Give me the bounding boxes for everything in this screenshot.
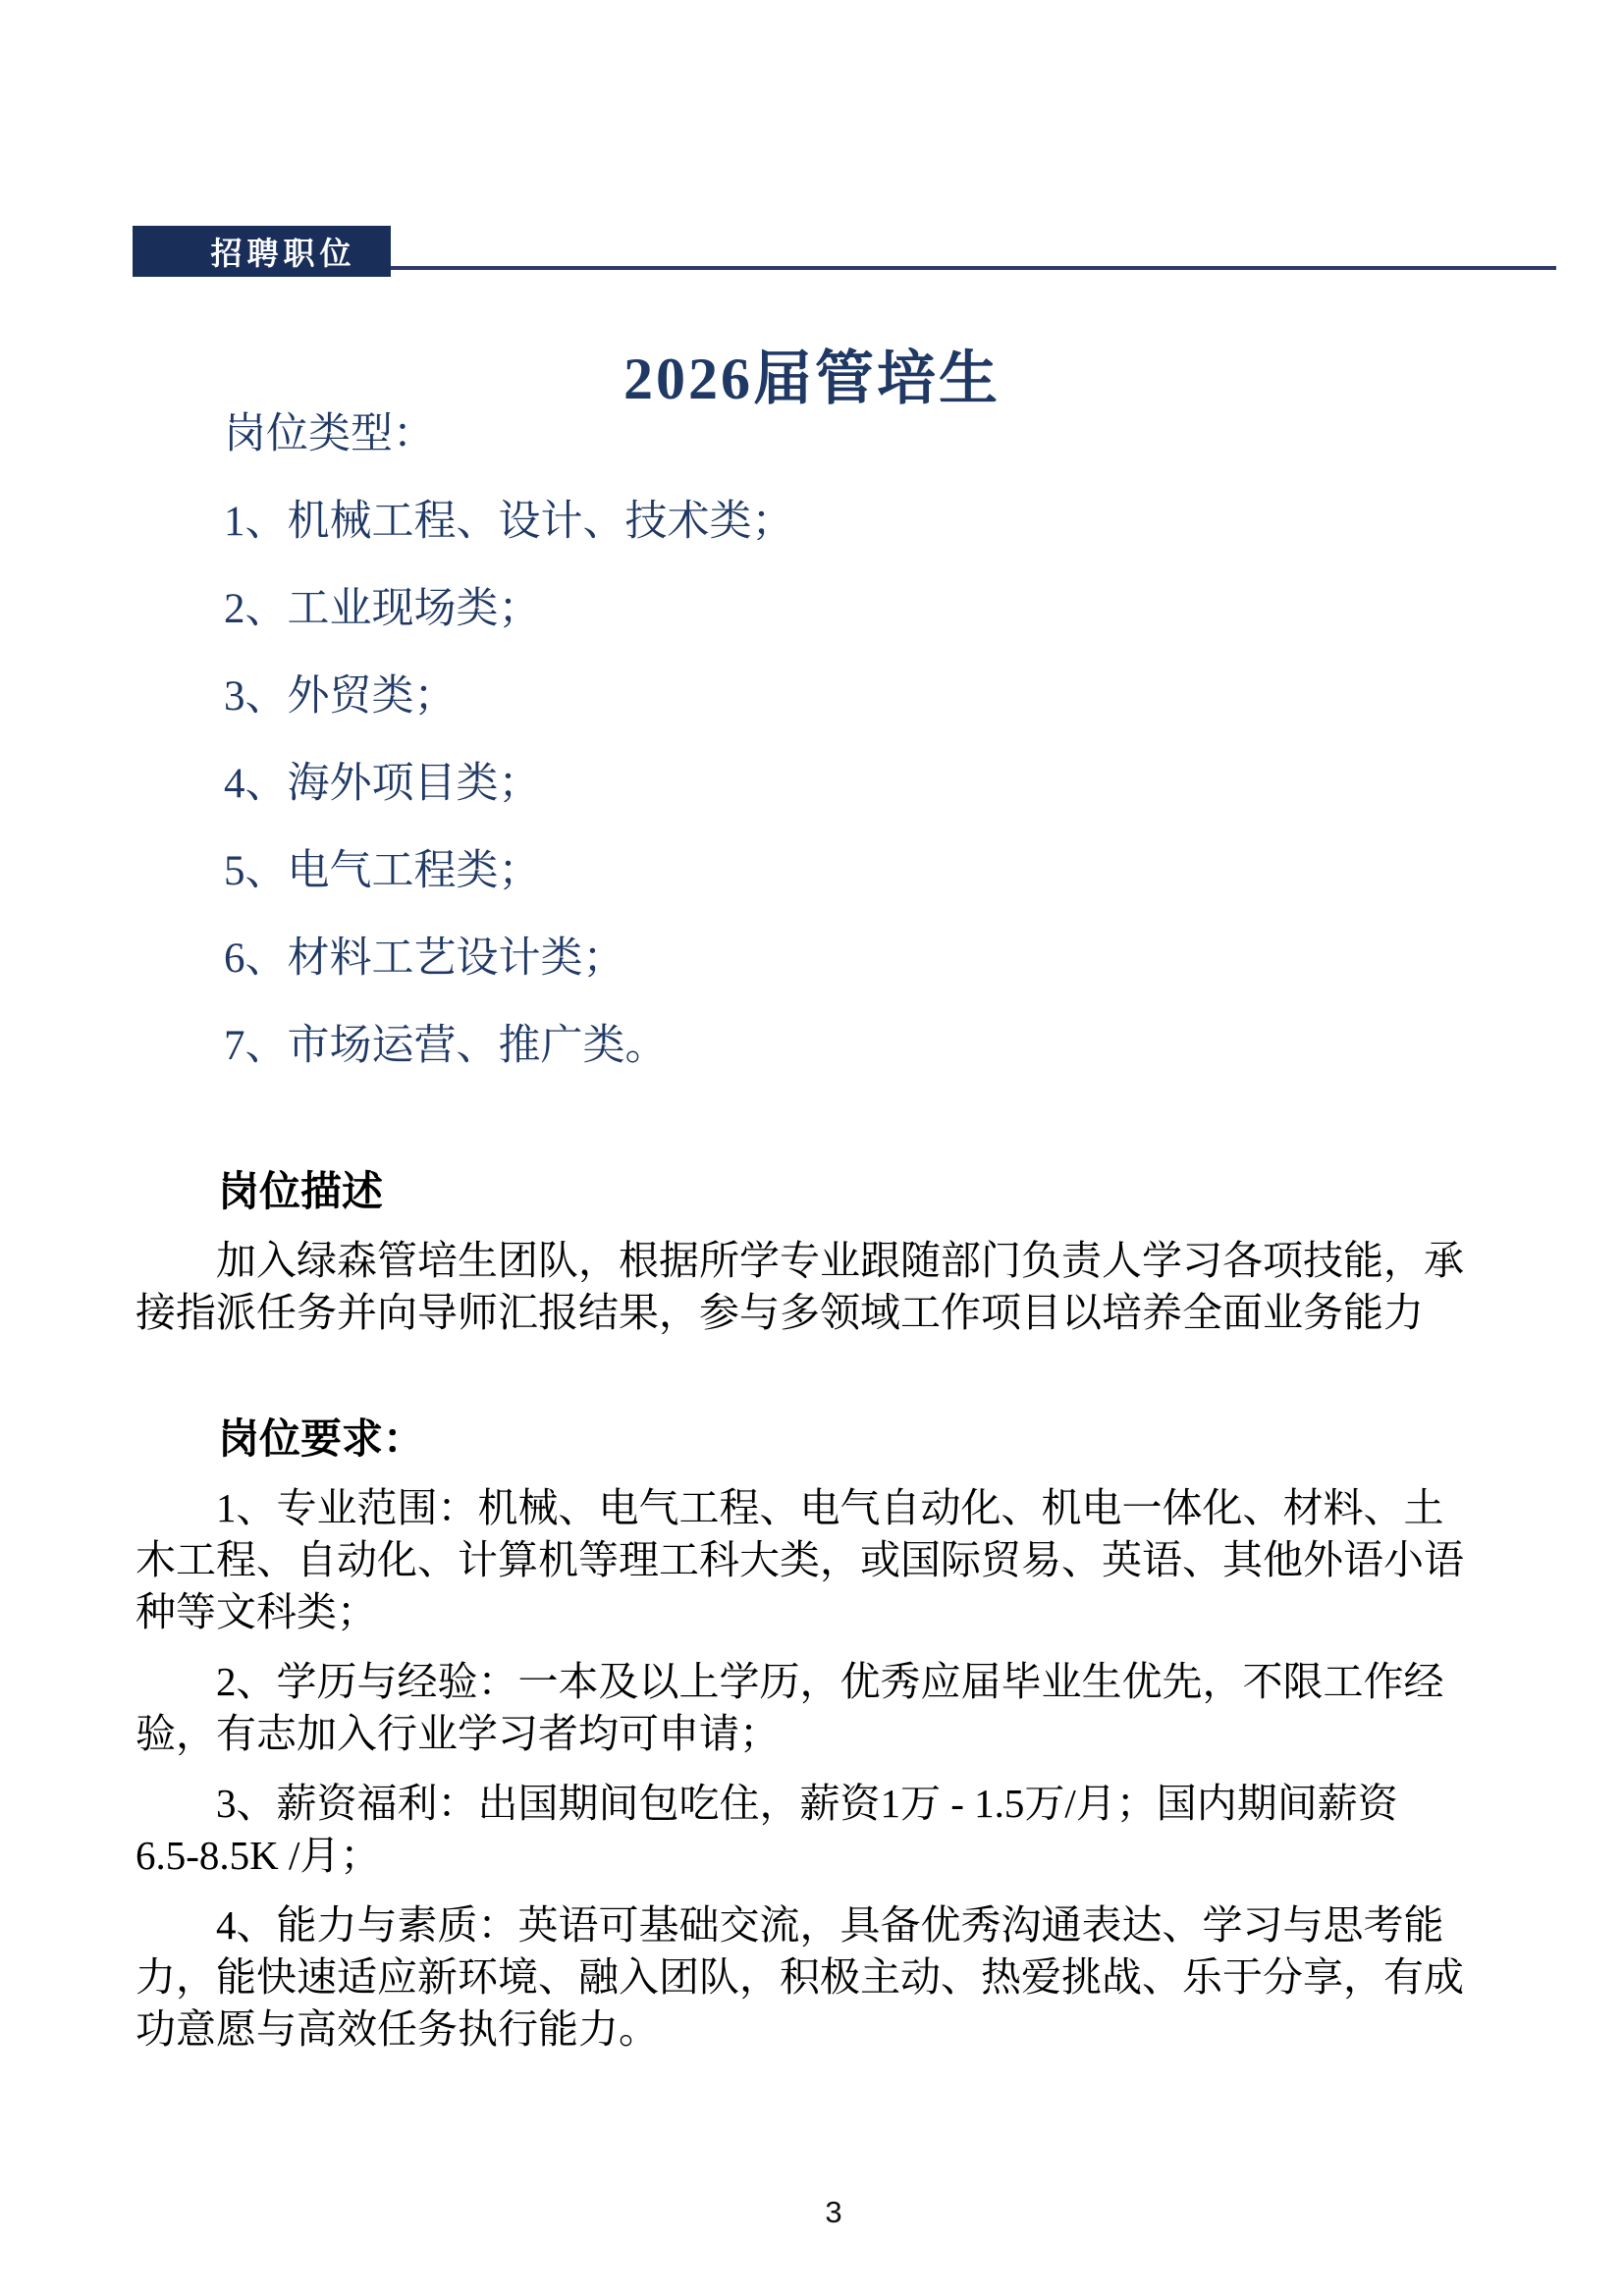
job-description-section: 岗位描述 加入绿森管培生团队，根据所学专业跟随部门负责人学习各项技能，承 接指派… — [135, 1166, 1532, 1339]
position-types-heading: 岗位类型： — [224, 391, 794, 478]
position-types-items: 1、机械工程、设计、技术类；2、工业现场类；3、外贸类；4、海外项目类；5、电气… — [224, 478, 794, 1090]
position-type-item: 7、市场运营、推广类。 — [224, 1002, 794, 1090]
section-header-band: 招聘职位 — [133, 226, 1556, 277]
job-requirement-paragraph: 1、专业范围：机械、电气工程、电气自动化、机电一体化、材料、土 木工程、自动化、… — [135, 1482, 1532, 1638]
job-requirement-paragraph: 2、学历与经验：一本及以上学历，优秀应届毕业生优先，不限工作经 验，有志加入行业… — [135, 1656, 1532, 1760]
position-type-item: 1、机械工程、设计、技术类； — [224, 478, 794, 565]
page-number: 3 — [135, 2195, 1532, 2230]
job-description-paragraph: 加入绿森管培生团队，根据所学专业跟随部门负责人学习各项技能，承 接指派任务并向导… — [135, 1235, 1532, 1339]
job-requirement-paragraph: 4、能力与素质：英语可基础交流，具备优秀沟通表达、学习与思考能 力，能快速适应新… — [135, 1899, 1532, 2056]
job-requirements-heading: 岗位要求： — [135, 1414, 1532, 1465]
position-type-item: 6、材料工艺设计类； — [224, 915, 794, 1002]
job-description-heading: 岗位描述 — [135, 1166, 1532, 1217]
position-type-item: 3、外贸类； — [224, 653, 794, 740]
position-type-item: 4、海外项目类； — [224, 740, 794, 828]
header-badge: 招聘职位 — [133, 226, 391, 277]
job-requirement-paragraph: 3、薪资福利：出国期间包吃住，薪资1万 - 1.5万/月；国内期间薪资 6.5-… — [135, 1778, 1532, 1882]
position-type-item: 2、工业现场类； — [224, 565, 794, 653]
job-requirements-items: 1、专业范围：机械、电气工程、电气自动化、机电一体化、材料、土 木工程、自动化、… — [135, 1482, 1532, 2056]
job-requirements-section: 岗位要求： 1、专业范围：机械、电气工程、电气自动化、机电一体化、材料、土 木工… — [135, 1414, 1532, 2056]
document-page: 招聘职位 2026届管培生 岗位类型： 1、机械工程、设计、技术类；2、工业现场… — [0, 0, 1624, 2296]
header-rule — [391, 266, 1556, 270]
position-type-item: 5、电气工程类； — [224, 828, 794, 915]
position-types-list: 岗位类型： 1、机械工程、设计、技术类；2、工业现场类；3、外贸类；4、海外项目… — [224, 391, 794, 1090]
